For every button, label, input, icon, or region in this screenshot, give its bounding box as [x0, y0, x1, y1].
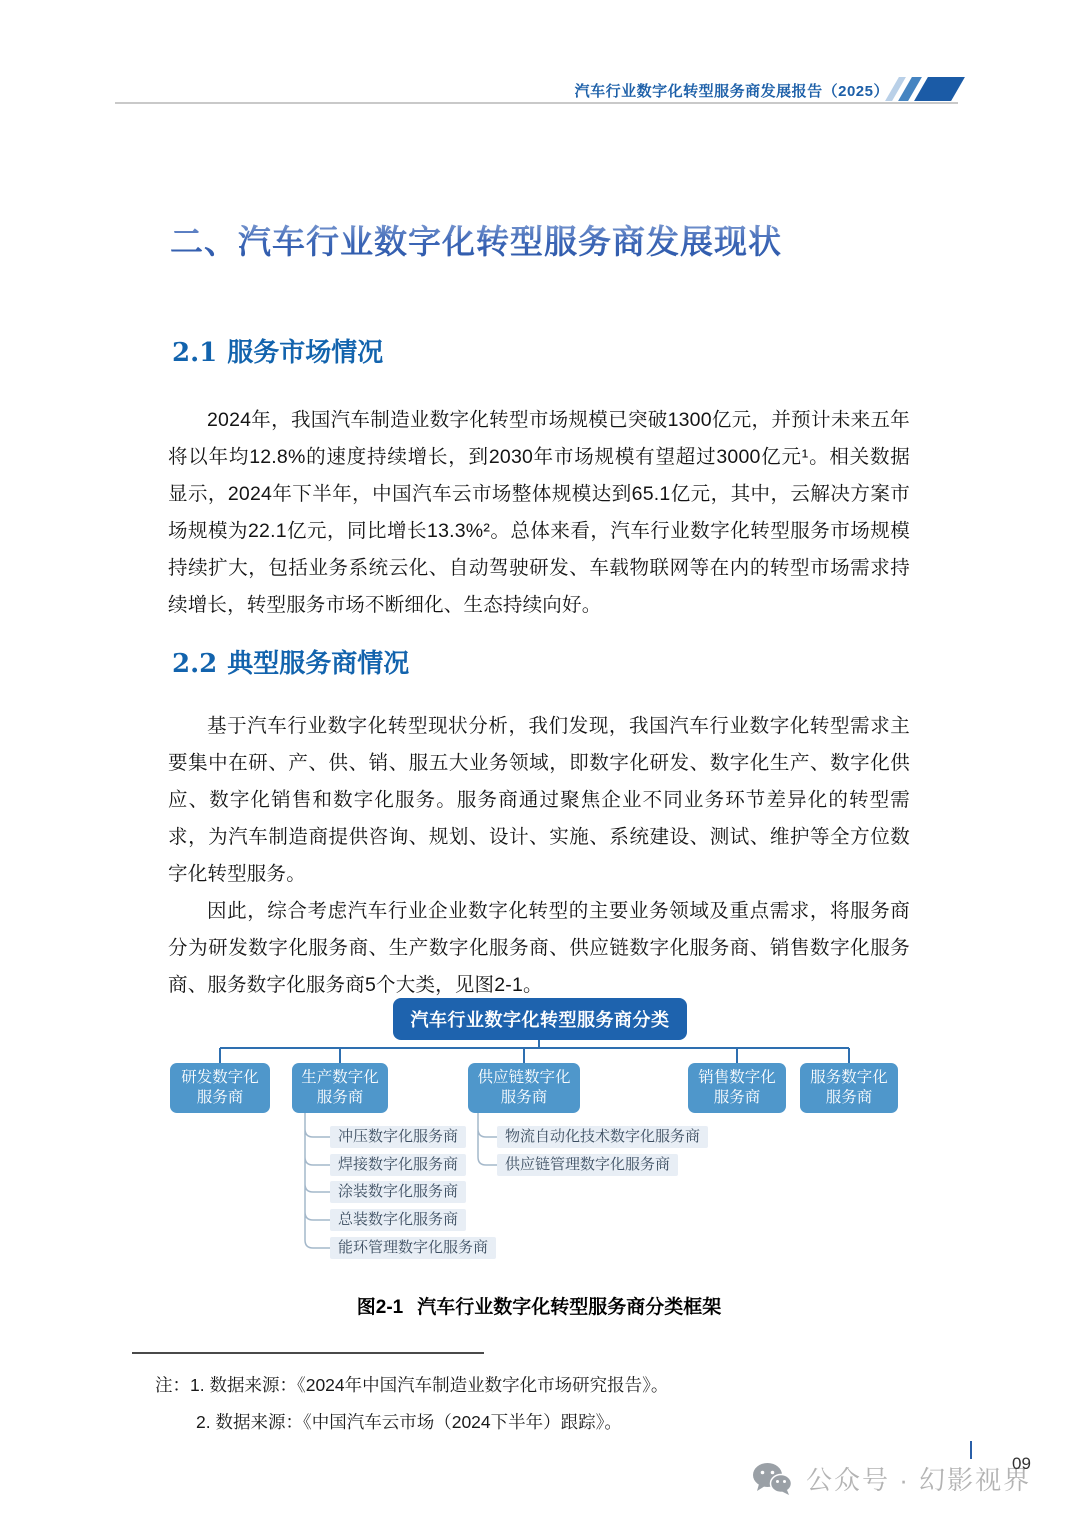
category-label-line1: 研发数字化	[181, 1068, 259, 1088]
footnote-divider	[132, 1352, 484, 1354]
category-label-line2: 服务商	[714, 1088, 761, 1108]
diagram-subitem-assembly: 总装数字化服务商	[330, 1209, 466, 1231]
category-label-line2: 服务商	[197, 1088, 244, 1108]
diagram-subitem-welding: 焊接数字化服务商	[330, 1154, 466, 1176]
figure-caption: 图2-1汽车行业数字化转型服务商分类框架	[168, 1292, 910, 1319]
watermark: 公众号 · 幻影视界	[752, 1460, 1031, 1497]
category-label-line2: 服务商	[826, 1088, 873, 1108]
diagram-subitem-energy-env: 能环管理数字化服务商	[330, 1237, 496, 1259]
category-label-line2: 服务商	[501, 1088, 548, 1108]
diagram-subitem-scm: 供应链管理数字化服务商	[497, 1154, 678, 1176]
category-label-line1: 供应链数字化	[477, 1068, 570, 1088]
diagram-category-production: 生产数字化 服务商	[292, 1063, 388, 1113]
paragraph-provider-analysis: 基于汽车行业数字化转型现状分析，我们发现，我国汽车行业数字化转型需求主要集中在研…	[168, 708, 910, 893]
document-page: 汽车行业数字化转型服务商发展报告（2025） 二、汽车行业数字化转型服务商发展现…	[0, 0, 1075, 1518]
diagram-subitem-painting: 涂装数字化服务商	[330, 1181, 466, 1203]
category-label-line2: 服务商	[317, 1088, 364, 1108]
page-number-tick	[970, 1441, 972, 1459]
section-heading-2-1: 2.1服务市场情况	[172, 332, 383, 369]
diagram-category-service: 服务数字化 服务商	[800, 1063, 898, 1113]
watermark-text: 公众号 · 幻影视界	[806, 1460, 1031, 1497]
section-title: 服务市场情况	[227, 337, 383, 367]
page-number: 09	[1012, 1454, 1031, 1474]
paragraph-market-size: 2024年，我国汽车制造业数字化转型市场规模已突破1300亿元，并预计未来五年将…	[168, 402, 910, 624]
header-divider	[115, 102, 958, 104]
section-number: 2.1	[172, 338, 217, 368]
category-label-line1: 销售数字化	[698, 1068, 776, 1088]
header-title: 汽车行业数字化转型服务商发展报告（2025）	[575, 80, 889, 101]
wechat-icon	[752, 1462, 792, 1496]
section-number: 2.2	[172, 649, 217, 679]
footnote-1: 注：1. 数据来源：《2024年中国汽车制造业数字化市场研究报告》。	[155, 1372, 668, 1397]
figure-label: 图2-1	[357, 1297, 403, 1318]
category-label-line1: 服务数字化	[810, 1068, 888, 1088]
figure-2-1-diagram: 汽车行业数字化转型服务商分类 研发数字化 服务商 生产数字化 服务商 供应链数字…	[0, 996, 1075, 1268]
diagram-subitem-logistics-automation: 物流自动化技术数字化服务商	[497, 1126, 708, 1148]
diagram-root-box: 汽车行业数字化转型服务商分类	[393, 998, 687, 1040]
slash-stripe-dark	[914, 77, 965, 101]
diagram-category-supply-chain: 供应链数字化 服务商	[468, 1063, 580, 1113]
section-title: 典型服务商情况	[227, 648, 409, 678]
figure-title: 汽车行业数字化转型服务商分类框架	[417, 1297, 721, 1318]
section-heading-2-2: 2.2典型服务商情况	[172, 643, 409, 680]
diagram-category-sales: 销售数字化 服务商	[688, 1063, 786, 1113]
page-title: 二、汽车行业数字化转型服务商发展现状	[170, 216, 782, 263]
diagram-subitem-stamping: 冲压数字化服务商	[330, 1126, 466, 1148]
category-label-line1: 生产数字化	[301, 1068, 379, 1088]
paragraph-provider-classification: 因此，综合考虑汽车行业企业数字化转型的主要业务领域及重点需求，将服务商分为研发数…	[168, 893, 910, 1004]
header-decoration-slashes	[890, 77, 970, 101]
footnote-2: 2. 数据来源：《中国汽车云市场（2024下半年）跟踪》。	[196, 1409, 622, 1434]
diagram-category-rd: 研发数字化 服务商	[170, 1063, 270, 1113]
